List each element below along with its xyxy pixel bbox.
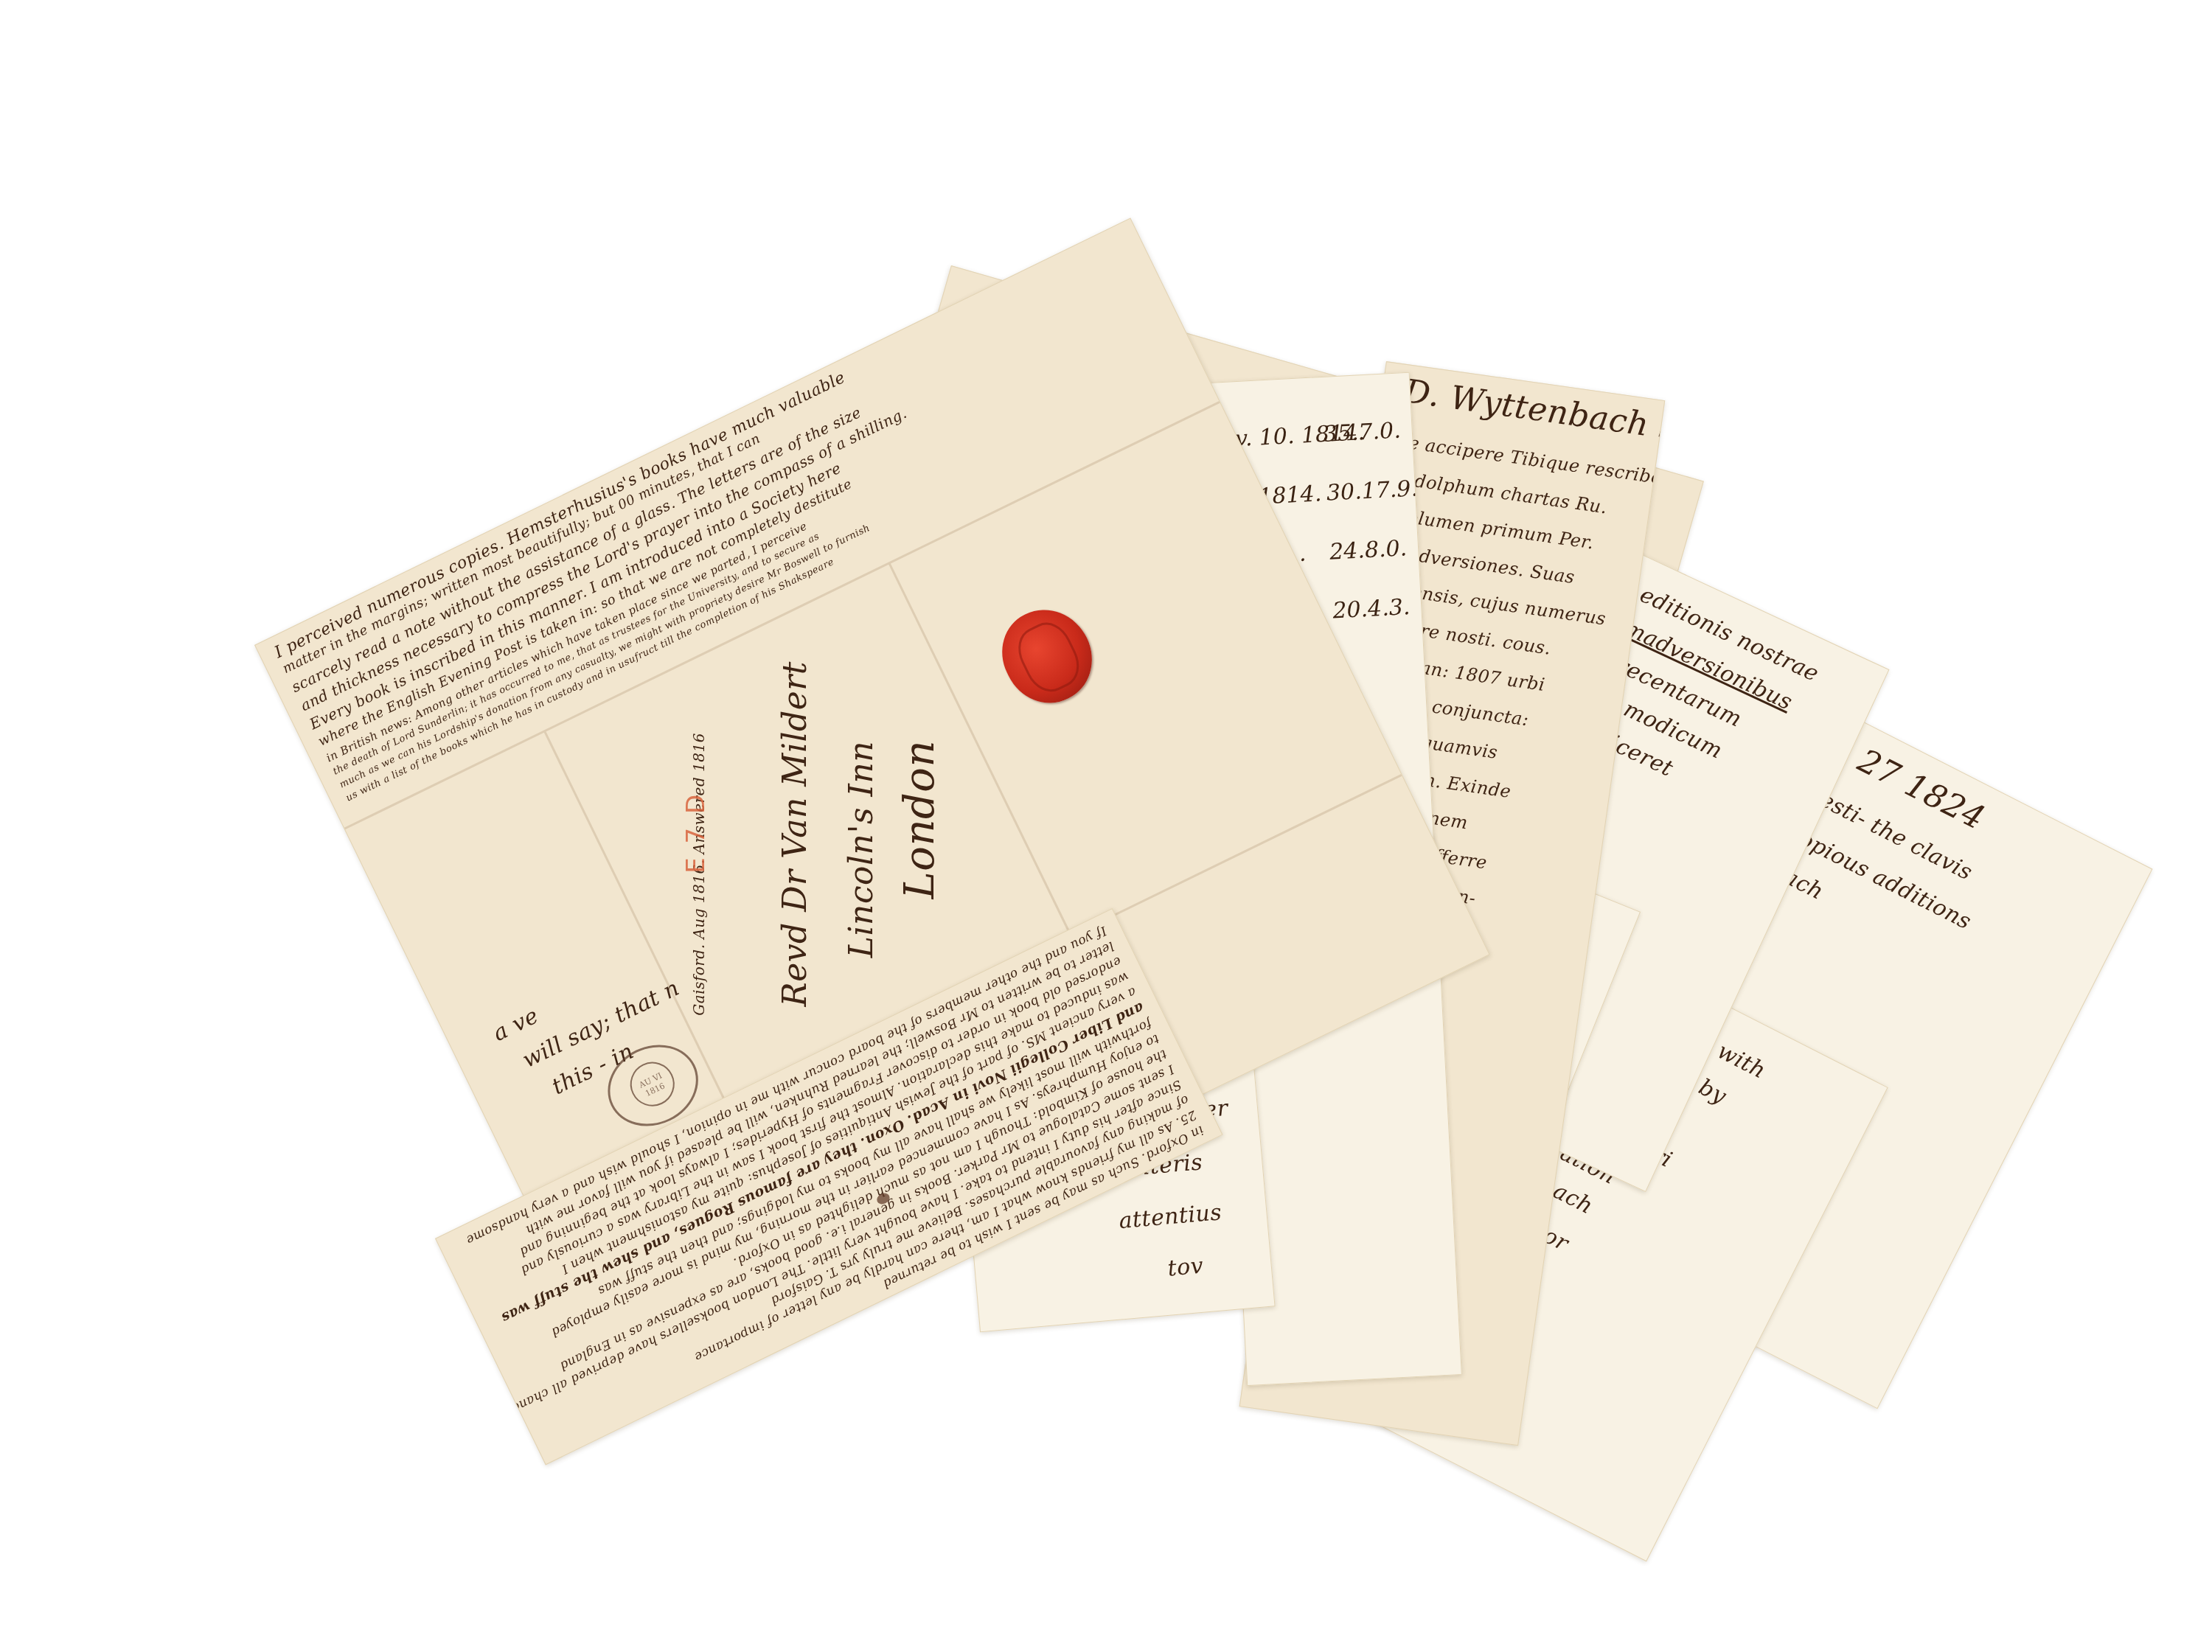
red-wax-seal — [987, 595, 1107, 718]
postmark-date: AU VI 1816 — [623, 1055, 682, 1114]
seal-impression — [1010, 615, 1088, 699]
latin-line: attentius — [1118, 1199, 1222, 1234]
latin-line: tov — [1166, 1253, 1204, 1282]
docket-text: Gaisford. Aug 1816. Answered 1816 — [690, 733, 708, 1016]
account-amount: 24.8.0. — [1329, 535, 1408, 565]
photograph-scene: Thomas Gaisford, Viro celeb. Memini me d… — [0, 0, 2212, 1652]
red-postmark-stamp: E 7 D — [681, 792, 711, 874]
account-amount: 35.7.0. — [1323, 417, 1402, 447]
letter-fragment: a ve — [489, 1003, 543, 1047]
recipient-name: Revd Dr Van Mildert — [776, 661, 814, 1006]
recipient-city: London — [896, 740, 944, 899]
account-amount: 30.17.9. — [1326, 475, 1419, 506]
recipient-address: Lincoln's Inn — [843, 741, 880, 958]
account-amount: 20.4.3. — [1332, 594, 1411, 624]
